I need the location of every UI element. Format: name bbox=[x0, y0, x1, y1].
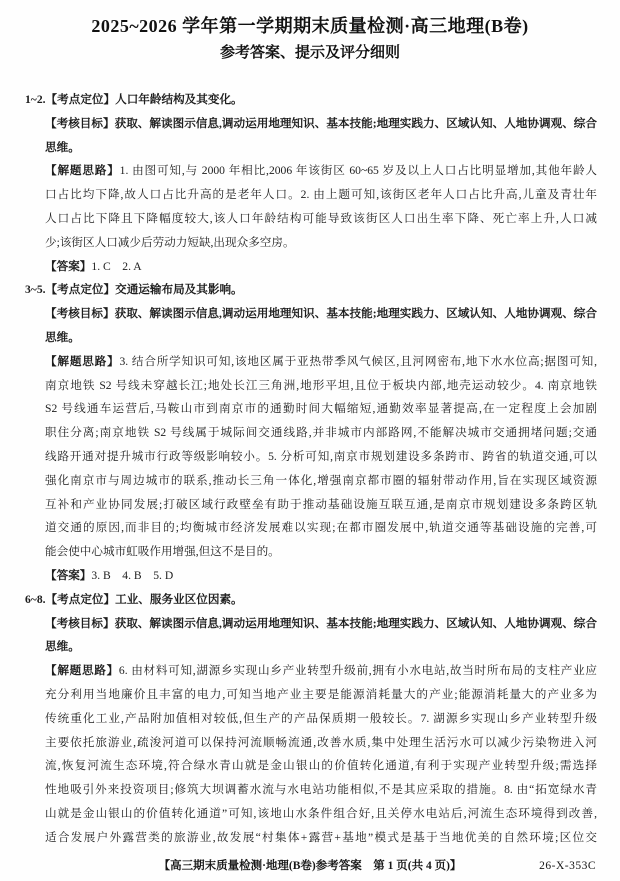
line-text: 充分利用当地廉价且丰富的电力,可知当地产业主要是能源消耗量大的产业;能源消耗量大… bbox=[45, 688, 597, 701]
line-text: 强化南京市与周边城市的联系,推动长三角一体化,增强南京都市圈的辐射带动作用,旨在… bbox=[45, 474, 597, 487]
body-line: 职住分离;南京地铁 S2 号线属于城际间交通线路,并非城市内部路网,不能解决城市… bbox=[45, 421, 597, 445]
line-text: 线路开通对提升城市行政等级影响较小。5. 分析可知,南京市规划建设多条跨市、跨省… bbox=[45, 450, 597, 463]
document-title: 2025~2026 学年第一学期期末质量检测·高三地理(B卷) bbox=[0, 12, 620, 40]
line-text: 思维。 bbox=[45, 141, 80, 154]
line-text: 人口占比下降且下降幅度较大,该人口年龄结构可能导致该街区人口出生率下降、死亡率上… bbox=[45, 212, 597, 225]
block-label: 【解题思路】 bbox=[45, 664, 119, 677]
line-text: 传统重化工业,产品附加值相对较低,但生产的产品保质期一般较长。7. 湖源乡实现山… bbox=[45, 712, 597, 725]
block-label: 【考核目标】 bbox=[45, 617, 115, 630]
line-text: 6. 由材料可知,湖源乡实现山乡产业转型升级前,拥有小水电站,故当时所布局的支柱… bbox=[119, 664, 597, 677]
line-text: 少;该街区人口减少后劳动力短缺,出现众多空房。 bbox=[45, 236, 295, 249]
line-text: 流,恢复河流生态环境,符合绿水青山就是金山银山的价值转化通道,有利于实现产业转型… bbox=[45, 759, 597, 772]
body-line: 【考核目标】获取、解读图示信息,调动运用地理知识、基本技能;地理实践力、区域认知… bbox=[45, 612, 597, 636]
line-text: 能会使中心城市虹吸作用增强,但这不是目的。 bbox=[45, 545, 280, 558]
body-line: 性地吸引外来投资项目;修筑大坝调蓄水流与水电站功能相似,不是其应采取的措施。8.… bbox=[45, 778, 597, 802]
line-text: 3. 结合所学知识可知,该地区属于亚热带季风气候区,且河网密布,地下水水位高;据… bbox=[120, 355, 597, 368]
block-label: 【考点定位】 bbox=[46, 593, 116, 606]
line-text: 思维。 bbox=[45, 331, 80, 344]
body-line: 山就是金山银山的价值转化通道”可知,该地山水条件组合好,且关停水电站后,河流生态… bbox=[45, 802, 597, 826]
question-range: 3~5. bbox=[25, 283, 46, 296]
section-2-heading: 3~5.【考点定位】交通运输布局及其影响。 bbox=[25, 278, 597, 302]
line-text: 思维。 bbox=[45, 640, 80, 653]
block-label: 【考点定位】 bbox=[46, 283, 116, 296]
answer-values: 1. C 2. A bbox=[91, 260, 141, 273]
block-label: 【解题思路】 bbox=[45, 355, 120, 368]
body-line: 流,恢复河流生态环境,符合绿水青山就是金山银山的价值转化通道,有利于实现产业转型… bbox=[45, 754, 597, 778]
line-text: 适合发展户外露营类的旅游业,故发展“村集体+露营+基地”模式是基于当地优美的自然… bbox=[45, 831, 597, 844]
answer-line-1-2: 【答案】1. C 2. A bbox=[45, 255, 597, 279]
footer-caption: 【高三期末质量检测·地理(B卷)参考答案 第 1 页(共 4 页)】 bbox=[159, 860, 462, 872]
section-1-heading: 1~2.【考点定位】人口年龄结构及其变化。 bbox=[25, 88, 597, 112]
body-line: 人口占比下降且下降幅度较大,该人口年龄结构可能导致该街区人口出生率下降、死亡率上… bbox=[45, 207, 597, 231]
block-label: 【解题思路】 bbox=[45, 164, 120, 177]
body-line: 【解题思路】6. 由材料可知,湖源乡实现山乡产业转型升级前,拥有小水电站,故当时… bbox=[45, 659, 597, 683]
body-line: 【考核目标】获取、解读图示信息,调动运用地理知识、基本技能;地理实践力、区域认知… bbox=[45, 302, 597, 326]
line-text: 主要依托旅游业,疏浚河道可以保持河流顺畅流通,改善水质,集中处理生活污水可以减少… bbox=[45, 736, 597, 749]
answer-line-3-5: 【答案】3. B 4. B 5. D bbox=[45, 564, 597, 588]
line-text: 人口年龄结构及其变化。 bbox=[115, 93, 243, 106]
body-line: 道交通的原因,而非目的;均衡城市经济发展难以实现;在都市圈发展中,轨道交通等基础… bbox=[45, 516, 597, 540]
line-text: 交通运输布局及其影响。 bbox=[115, 283, 243, 296]
body-line: 【解题思路】3. 结合所学知识可知,该地区属于亚热带季风气候区,且河网密布,地下… bbox=[45, 350, 597, 374]
line-text: 山就是金山银山的价值转化通道”可知,该地山水条件组合好,且关停水电站后,河流生态… bbox=[45, 807, 597, 820]
page-footer: 【高三期末质量检测·地理(B卷)参考答案 第 1 页(共 4 页)】 26-X-… bbox=[0, 859, 620, 873]
body-line: 能会使中心城市虹吸作用增强,但这不是目的。 bbox=[45, 540, 597, 564]
body-line: 【解题思路】1. 由图可知,与 2000 年相比,2006 年该街区 60~65… bbox=[45, 159, 597, 183]
line-text: 道交通的原因,而非目的;均衡城市经济发展难以实现;在都市圈发展中,轨道交通等基础… bbox=[45, 521, 597, 534]
line-text: 南京地铁 S2 号线未穿越长江;地处长江三角洲,地形平坦,且位于板块内部,地壳运… bbox=[45, 379, 597, 392]
body-line: 思维。 bbox=[45, 326, 597, 350]
body-line: 口占比均下降,故人口占比升高的是老年人口。2. 由上题可知,该街区老年人口占比升… bbox=[45, 183, 597, 207]
line-text: 口占比均下降,故人口占比升高的是老年人口。2. 由上题可知,该街区老年人口占比升… bbox=[45, 188, 597, 201]
footer-code: 26-X-353C bbox=[539, 859, 596, 873]
line-text: 1. 由图可知,与 2000 年相比,2006 年该街区 60~65 岁及以上人… bbox=[120, 164, 597, 177]
block-label: 【考核目标】 bbox=[45, 117, 115, 130]
line-text: 工业、服务业区位因素。 bbox=[115, 593, 243, 606]
answer-values: 3. B 4. B 5. D bbox=[91, 569, 173, 582]
body-line: 充分利用当地廉价且丰富的电力,可知当地产业主要是能源消耗量大的产业;能源消耗量大… bbox=[45, 683, 597, 707]
body-line: 少;该街区人口减少后劳动力短缺,出现众多空房。 bbox=[45, 231, 597, 255]
block-label: 【考点定位】 bbox=[46, 93, 116, 106]
line-text: 职住分离;南京地铁 S2 号线属于城际间交通线路,并非城市内部路网,不能解决城市… bbox=[45, 426, 597, 439]
body-line: 线路开通对提升城市行政等级影响较小。5. 分析可知,南京市规划建设多条跨市、跨省… bbox=[45, 445, 597, 469]
line-text: 互补和产业协同发展;打破区域行政壁垒有助于推动基础设施互联互通,是南京市规划建设… bbox=[45, 498, 597, 511]
body-line: 传统重化工业,产品附加值相对较低,但生产的产品保质期一般较长。7. 湖源乡实现山… bbox=[45, 707, 597, 731]
block-label: 【答案】 bbox=[45, 260, 91, 273]
body-line: 互补和产业协同发展;打破区域行政壁垒有助于推动基础设施互联互通,是南京市规划建设… bbox=[45, 493, 597, 517]
exam-answer-key-page: 2025~2026 学年第一学期期末质量检测·高三地理(B卷) 参考答案、提示及… bbox=[0, 0, 620, 881]
question-range: 1~2. bbox=[25, 93, 46, 106]
body-line: 【考核目标】获取、解读图示信息,调动运用地理知识、基本技能;地理实践力、区域认知… bbox=[45, 112, 597, 136]
line-text: 获取、解读图示信息,调动运用地理知识、基本技能;地理实践力、区域认知、人地协调观… bbox=[115, 617, 597, 630]
answer-key-content: 1~2.【考点定位】人口年龄结构及其变化。 【考核目标】获取、解读图示信息,调动… bbox=[45, 88, 597, 850]
question-range: 6~8. bbox=[25, 593, 46, 606]
body-line: 强化南京市与周边城市的联系,推动长三角一体化,增强南京都市圈的辐射带动作用,旨在… bbox=[45, 469, 597, 493]
block-label: 【考核目标】 bbox=[45, 307, 115, 320]
body-line: 适合发展户外露营类的旅游业,故发展“村集体+露营+基地”模式是基于当地优美的自然… bbox=[45, 826, 597, 850]
body-line: 主要依托旅游业,疏浚河道可以保持河流顺畅流通,改善水质,集中处理生活污水可以减少… bbox=[45, 731, 597, 755]
document-subtitle: 参考答案、提示及评分细则 bbox=[0, 40, 620, 66]
body-line: S2 号线通车运营后,马鞍山市到南京市的通勤时间大幅缩短,通勤效率显著提高,在一… bbox=[45, 397, 597, 421]
body-line: 思维。 bbox=[45, 635, 597, 659]
section-3-heading: 6~8.【考点定位】工业、服务业区位因素。 bbox=[25, 588, 597, 612]
line-text: 获取、解读图示信息,调动运用地理知识、基本技能;地理实践力、区域认知、人地协调观… bbox=[115, 117, 597, 130]
line-text: S2 号线通车运营后,马鞍山市到南京市的通勤时间大幅缩短,通勤效率显著提高,在一… bbox=[45, 402, 597, 415]
body-line: 南京地铁 S2 号线未穿越长江;地处长江三角洲,地形平坦,且位于板块内部,地壳运… bbox=[45, 374, 597, 398]
block-label: 【答案】 bbox=[45, 569, 91, 582]
line-text: 性地吸引外来投资项目;修筑大坝调蓄水流与水电站功能相似,不是其应采取的措施。8.… bbox=[45, 783, 597, 796]
body-line: 思维。 bbox=[45, 136, 597, 160]
line-text: 获取、解读图示信息,调动运用地理知识、基本技能;地理实践力、区域认知、人地协调观… bbox=[115, 307, 597, 320]
